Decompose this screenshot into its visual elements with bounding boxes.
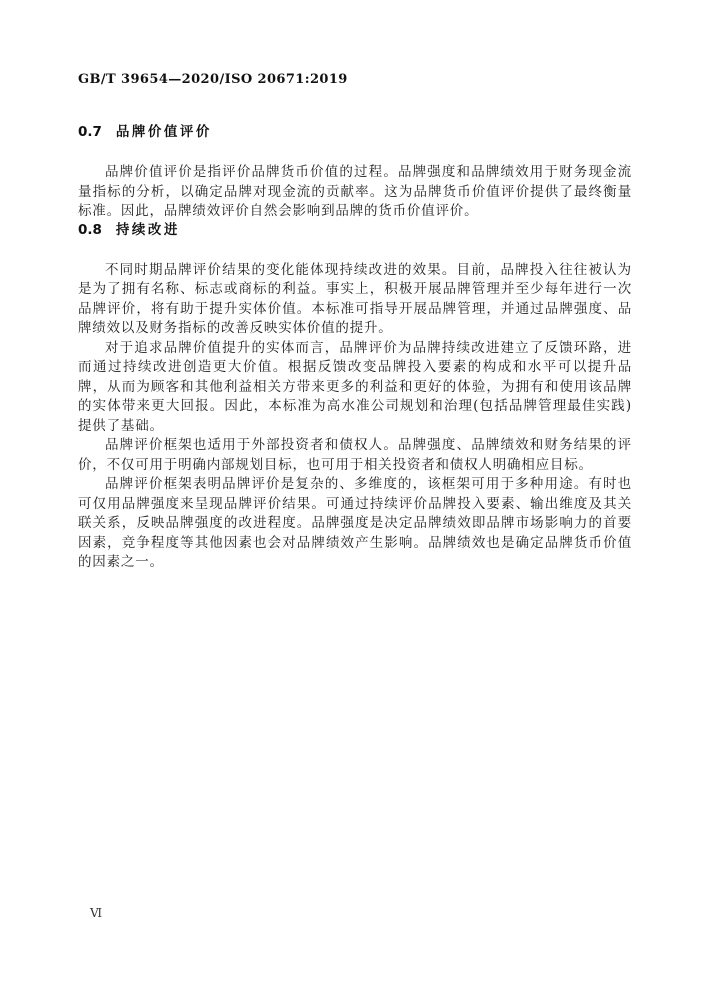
section-heading-0-8: 0.8 持续改进	[78, 222, 632, 239]
paragraph-continuous-improvement-1: 不同时期品牌评价结果的变化能体现持续改进的效果。目前，品牌投入往往被认为是为了拥…	[78, 261, 632, 339]
page-number: Ⅵ	[90, 906, 103, 920]
paragraph-continuous-improvement-3: 品牌评价框架也适用于外部投资者和债权人。品牌强度、品牌绩效和财务结果的评价，不仅…	[78, 436, 632, 475]
document-page: GB/T 39654—2020/ISO 20671:2019 0.7 品牌价值评…	[0, 0, 707, 1000]
section-heading-0-7: 0.7 品牌价值评价	[78, 124, 632, 141]
section-number: 0.8	[78, 222, 102, 239]
document-content: 0.7 品牌价值评价 品牌价值评价是指评价品牌货币价值的过程。品牌强度和品牌绩效…	[78, 124, 632, 573]
section-title: 持续改进	[116, 222, 180, 239]
section-number: 0.7	[78, 124, 102, 141]
paragraph-brand-value-evaluation: 品牌价值评价是指评价品牌货币价值的过程。品牌强度和品牌绩效用于财务现金流量指标的…	[78, 163, 632, 222]
standard-code-header: GB/T 39654—2020/ISO 20671:2019	[78, 72, 348, 87]
paragraph-continuous-improvement-2: 对于追求品牌价值提升的实体而言，品牌评价为品牌持续改进建立了反馈环路，进而通过持…	[78, 339, 632, 437]
section-title: 品牌价值评价	[116, 124, 212, 141]
paragraph-continuous-improvement-4: 品牌评价框架表明品牌评价是复杂的、多维度的，该框架可用于多种用途。有时也可仅用品…	[78, 475, 632, 573]
